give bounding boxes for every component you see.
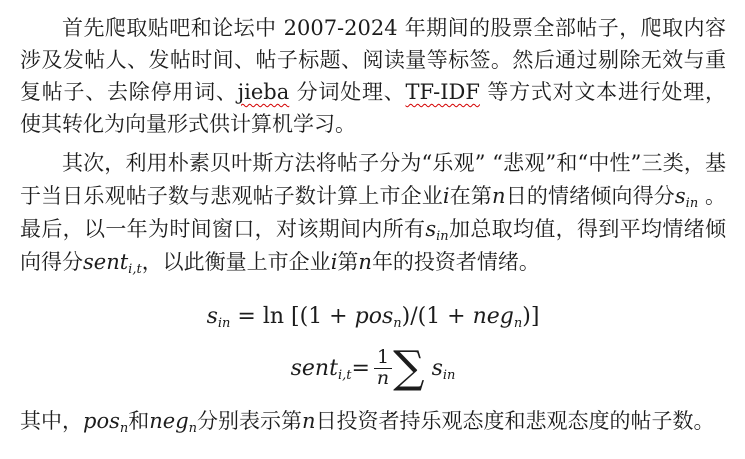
paragraph-sentiment-method: 其次，利用朴素贝叶斯方法将帖子分为“乐观” “悲观”和“中性”三类，基于当日乐观… xyxy=(20,147,726,279)
math-var-neg-n: negn xyxy=(473,304,523,329)
misspelled-word-jieba[interactable]: jieba xyxy=(238,80,290,104)
summation-icon: ∑ xyxy=(393,346,424,390)
math-var-n: n xyxy=(302,409,316,433)
text-segment: 在第 xyxy=(450,184,492,208)
text-segment: 日投资者持乐观态度和悲观态度的帖子数。 xyxy=(316,409,715,433)
text-segment: 第 xyxy=(337,250,358,274)
text-segment: )/(1 + xyxy=(402,304,473,329)
math-var-neg-n: negn xyxy=(149,409,197,433)
math-var-n: n xyxy=(492,184,506,208)
text-segment: 其中， xyxy=(20,409,83,433)
math-var-s-in: sin xyxy=(207,304,231,329)
math-var-n: n xyxy=(358,250,372,274)
equals-sign: = xyxy=(230,304,262,329)
text-segment: ，以此衡量上市企业 xyxy=(142,250,331,274)
math-var-pos-n: posn xyxy=(355,304,402,329)
formula-average-sentiment: senti,t = 1n∑sin xyxy=(20,341,726,395)
equals-sign: = xyxy=(351,356,369,381)
math-var-s-in: sin xyxy=(675,184,698,208)
text-segment: )] xyxy=(522,304,539,329)
misspelled-word-tfidf[interactable]: TF-IDF xyxy=(406,80,480,104)
text-segment: [(1 + xyxy=(284,304,355,329)
math-var-i: i xyxy=(443,184,450,208)
paragraph-data-collection: 首先爬取贴吧和论坛中 2007-2024 年期间的股票全部帖子，爬取内容涉及发帖… xyxy=(20,12,726,140)
math-var-sent-it: senti,t xyxy=(83,250,142,274)
text-segment: 分别表示第 xyxy=(197,409,302,433)
text-segment: 和 xyxy=(128,409,149,433)
fraction-one-over-n: 1n xyxy=(374,348,392,389)
text-segment: 分词处理、 xyxy=(289,80,405,104)
paragraph-variable-definition: 其中，posn和negn分别表示第n日投资者持乐观态度和悲观态度的帖子数。 xyxy=(20,405,726,437)
math-var-pos-n: posn xyxy=(83,409,128,433)
text-segment: 日的情绪倾向得分 xyxy=(506,184,675,208)
ln-operator: ln xyxy=(263,304,284,329)
math-var-s-in: sin xyxy=(432,356,456,381)
document-page[interactable]: 首先爬取贴吧和论坛中 2007-2024 年期间的股票全部帖子，爬取内容涉及发帖… xyxy=(0,0,745,459)
math-var-s-in: sin xyxy=(425,217,448,241)
math-var-sent-it: senti,t xyxy=(291,356,352,381)
formula-daily-sentiment-score: sin = ln [(1 + posn)/(1 + negn)] xyxy=(20,299,726,335)
text-segment: 年的投资者情绪。 xyxy=(372,250,540,274)
